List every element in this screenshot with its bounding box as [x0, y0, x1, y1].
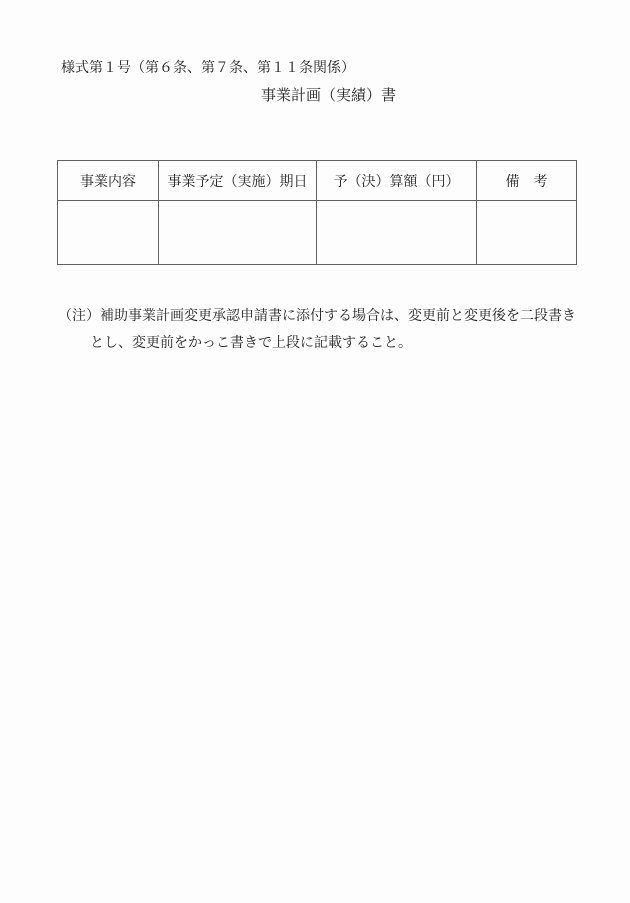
cell-budget-amount	[317, 201, 477, 265]
cell-remarks	[477, 201, 577, 265]
table-row	[58, 201, 577, 265]
cell-business-content	[58, 201, 159, 265]
column-header-business-content: 事業内容	[58, 161, 159, 201]
note: （注）補助事業計画変更承認申請書に添付する場合は、変更前と変更後を二段書き とし…	[58, 303, 576, 357]
column-header-remarks: 備 考	[477, 161, 577, 201]
document-page: 様式第１号（第６条、第７条、第１１条関係） 事業計画（実績）書 事業内容 事業予…	[0, 0, 630, 903]
cell-schedule-date	[159, 201, 317, 265]
column-header-budget-amount: 予（決）算額（円）	[317, 161, 477, 201]
note-line-1: （注）補助事業計画変更承認申請書に添付する場合は、変更前と変更後を二段書き	[58, 303, 576, 330]
business-plan-table: 事業内容 事業予定（実施）期日 予（決）算額（円） 備 考	[57, 160, 577, 265]
form-number-line: 様式第１号（第６条、第７条、第１１条関係）	[61, 57, 355, 77]
column-header-schedule-date: 事業予定（実施）期日	[159, 161, 317, 201]
table-header-row: 事業内容 事業予定（実施）期日 予（決）算額（円） 備 考	[58, 161, 577, 201]
note-line-2: とし、変更前をかっこ書きで上段に記載すること。	[90, 330, 576, 357]
document-title: 事業計画（実績）書	[261, 84, 396, 105]
